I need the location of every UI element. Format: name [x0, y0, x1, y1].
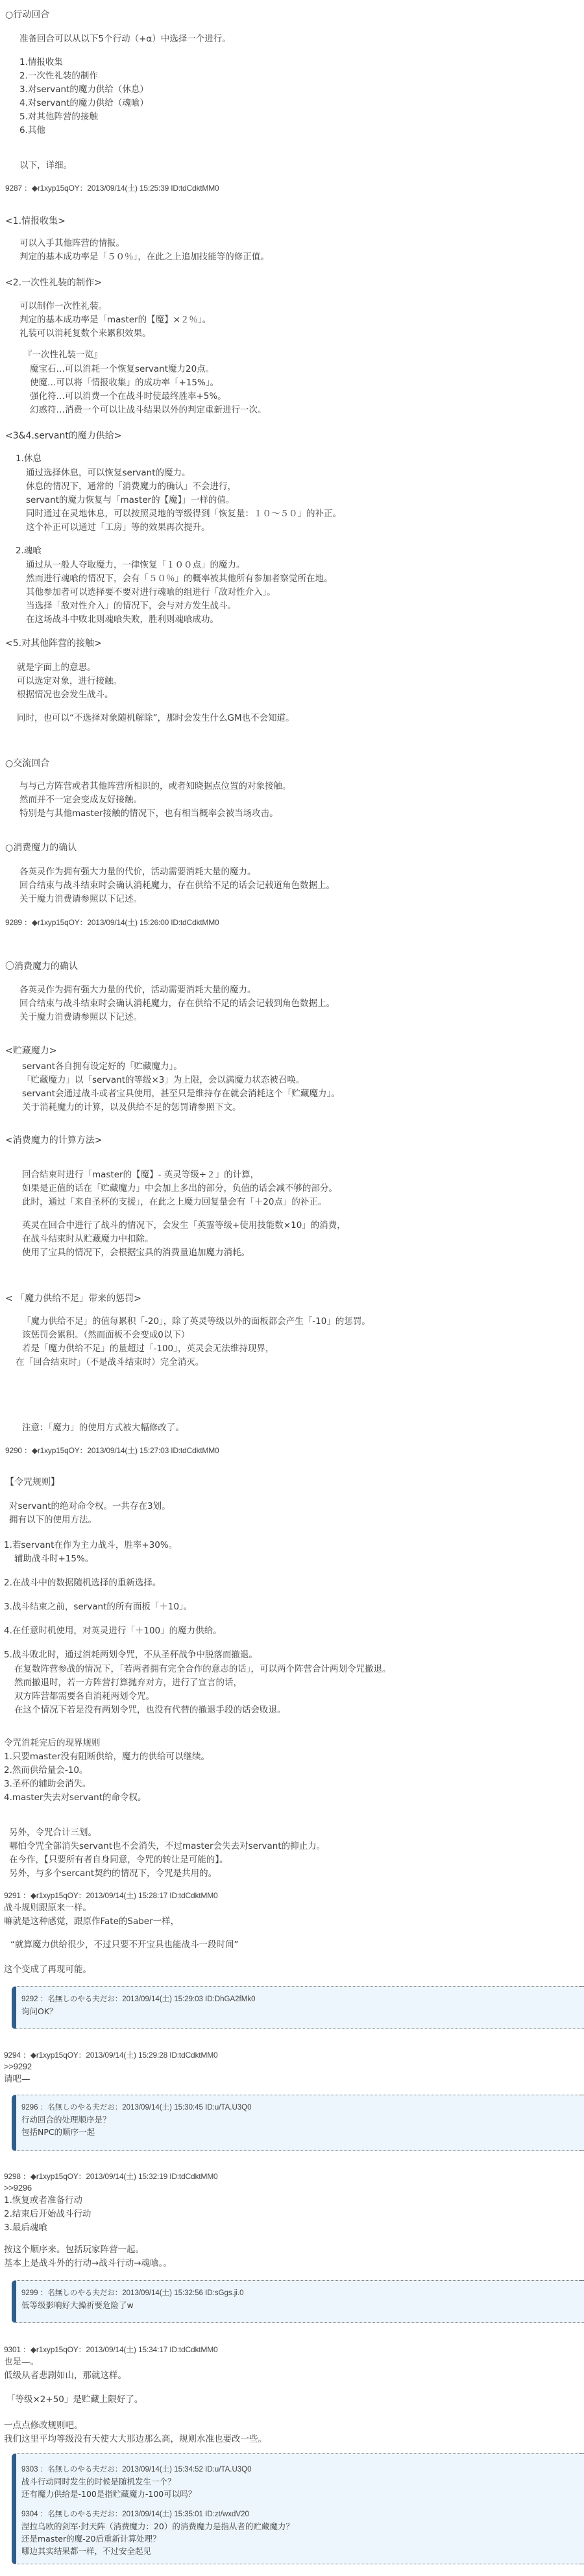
text-line: 嘛就是这种感觉，跟原作Fate的Saber一样，: [4, 1915, 584, 1929]
text-line: 哪边其实结果都一样，不过安全起见: [21, 2545, 294, 2557]
text-line: 休息的情况下，通常的「消费魔力的确认」不会进行，: [26, 480, 584, 494]
list-item: 魔宝石…可以消耗一个恢复servant魔力20点。: [30, 363, 584, 376]
list-item: 3.最后魂喰: [4, 2221, 584, 2235]
note: 注意：「魔力」的使用方式被大幅修改了。: [22, 1421, 584, 1435]
action-list: 1.情报收集 2.一次性礼装的制作 3.对servant的魔力供给（休息） 4.…: [19, 56, 584, 138]
text-line: 特别是与其他master接触的情况下，也有相当概率会被当场攻击。: [19, 807, 584, 821]
paragraph: 按这个顺序来。包括玩家阵营一起。 基本上是战斗外的行动→战斗行动→魂喰。。: [4, 2243, 584, 2270]
text-line: 就是字面上的意思。: [17, 661, 584, 675]
post: 9301 ：◆r1xyp15qOY：2013/09/14(土) 15:34:17…: [4, 2344, 584, 2383]
post-meta: 9292 ：名無しのやる夫だお：2013/09/14(土) 15:29:03 I…: [21, 1994, 255, 2005]
list-item: 1.恢复或者准备行动: [4, 2194, 584, 2208]
subheading: 1.休息: [16, 452, 584, 466]
section-heading: 〇消费魔力的确认: [5, 959, 584, 974]
paragraph: servant各自拥有设定好的「贮藏魔力」。 「贮藏魔力」以「servant的等…: [22, 1060, 584, 1114]
paragraph: 通过选择休息，可以恢复servant的魔力。 休息的情况下，通常的「消费魔力的确…: [26, 466, 584, 535]
rule-1: 1.若servant在作为主力战斗，胜率+30%。 辅助战斗时+15%。: [4, 1539, 584, 1566]
post-meta: 9290 ：◆r1xyp15qOY：2013/09/14(土) 15:27:03…: [5, 1445, 584, 1456]
list-item: 1.只要master没有阻断供给，魔力的供给可以继续。: [4, 1750, 584, 1764]
paragraph: 以下，详细。: [19, 159, 584, 173]
paragraph: 准备回合可以从以下5个行动（+α）中选择一个进行。: [19, 32, 584, 46]
reply-anchor-link[interactable]: >>9292: [4, 2061, 584, 2073]
text-line: 在「回合结束时」（不是战斗结束时）完全消灭。: [16, 1356, 584, 1369]
paragraph: 英灵在回合中进行了战斗的情况下，会发生「英霊等级+使用技能数×10」的消费， 在…: [22, 1219, 584, 1260]
paragraph: 与与己方阵营或者其他阵营所相识的，或者知晓据点位置的对象接触。 然而并不一定会变…: [19, 780, 584, 821]
text-line: 双方阵营都需要各自消耗两划令咒。: [14, 1690, 584, 1703]
text-line: 按这个顺序来。包括玩家阵营一起。: [4, 2243, 584, 2257]
paragraph: 对servant的绝对命令权。一共存在3划。 拥有以下的使用方法。: [9, 1500, 584, 1527]
text-line: 通过选择休息，可以恢复servant的魔力。: [26, 466, 584, 480]
section-heading: <3&4.servant的魔力供给>: [5, 429, 584, 443]
text-line: 关于消耗魔力的计算，以及供给不足的惩罚请参照下文。: [22, 1101, 584, 1114]
text-line: 低级从者悲剧如山，那就这样。: [4, 2369, 584, 2383]
rule-2: 2.在战斗中的数据随机选择的重新选择。: [4, 1576, 584, 1590]
paragraph: 各英灵作为拥有强大力量的代价，活动需要消耗大量的魔力。 回合结束与战斗结束时会确…: [19, 865, 584, 906]
post-meta: 9299 ：名無しのやる夫だお：2013/09/14(土) 15:32:56 I…: [21, 2288, 244, 2299]
list-item: 2.结束后开始战斗行动: [4, 2208, 584, 2221]
text-line: servant的魔力恢复与「master的【魔】」一样的值。: [26, 494, 584, 507]
reply-quote-box: 9303 ：名無しのやる夫だお：2013/09/14(土) 15:34:52 I…: [12, 2453, 584, 2564]
text-line: 还是master的魔-20后重新计算处理？: [21, 2533, 294, 2545]
text-line: 关于魔力消费请参照以下记述。: [19, 893, 584, 906]
post-meta: 9296 ：名無しのやる夫だお：2013/09/14(土) 15:30:45 I…: [21, 2102, 252, 2113]
text-line: 辅助战斗时+15%。: [4, 1552, 584, 1566]
text-line: 可以选定对象，进行接触。: [17, 675, 584, 688]
text-line: 英灵在回合中进行了战斗的情况下，会发生「英霊等级+使用技能数×10」的消费，: [22, 1219, 584, 1233]
section-heading: <5.对其他阵营的接触>: [5, 636, 584, 651]
quoted-line: “就算魔力供给很少，不过只要不开宝具也能战斗一段时间”: [10, 1938, 584, 1952]
reply-quote-box: 9299 ：名無しのやる夫だお：2013/09/14(土) 15:32:56 I…: [12, 2280, 584, 2323]
item-list: 魔宝石…可以消耗一个恢复servant魔力20点。 使魔…可以将「情报收集」的成…: [30, 363, 584, 417]
text-line: 然而撤退时，若一方阵营打算抛弃对方，进行了宣言的话，: [14, 1676, 584, 1690]
text-line: 请吧—: [4, 2073, 584, 2086]
section-heading: <消费魔力的计算方法>: [5, 1133, 584, 1148]
text-line: 我们这里平均等级没有天使大大那边那么高，规则水准也要改一些。: [4, 2433, 584, 2446]
text-line: 行动回合的处理顺序是？: [21, 2113, 252, 2126]
text-line: 该惩罚会累积。（然而面板不会变成0以下）: [22, 1329, 584, 1342]
post: 9298 ：◆r1xyp15qOY：2013/09/14(土) 15:32:19…: [4, 2171, 584, 2235]
text-line: 回合结束时进行「master的【魔】- 英灵等级÷２」的计算，: [22, 1168, 584, 1182]
text-line: 还有魔力供给是-100是指贮藏魔力-100可以吗？: [21, 2488, 294, 2500]
text-line: 对servant的绝对命令权。一共存在3划。: [9, 1500, 584, 1513]
text-line: 在今作，【只要所有者自身同意，令咒的转让是可能的】。: [9, 1853, 584, 1867]
section-heading: ○交流回合: [5, 756, 584, 771]
text-line: 关于魔力消费请参照以下记述。: [19, 1011, 584, 1024]
text-line: 在这场战斗中败北则魂喰失败，胜利则魂喰成功。: [26, 613, 584, 627]
paragraph: 通过从一般人夺取魔力，一律恢复「１００点」的魔力。 然而进行魂喰的情况下，会有「…: [26, 559, 584, 627]
paragraph: 同时，也可以“不选择对象随机解除”，那时会发生什么GM也不会知道。: [17, 712, 584, 725]
text-line: servant各自拥有设定好的「贮藏魔力」。: [22, 1060, 584, 1074]
paragraph: 可以制作一次性礼装。 判定的基本成功率是「master的【魔】×２％」。 礼装可…: [19, 300, 584, 341]
list-item: 6.其他: [19, 124, 584, 138]
paragraph: 「魔力供给不足」的值每累积「-20」，除了英灵等级以外的面板都会产生「-10」的…: [22, 1315, 584, 1356]
list-item: 4.master失去对servant的命令权。: [4, 1791, 584, 1805]
text-line: 战斗行动同时发生的时候是随机发生一个？: [21, 2475, 294, 2488]
section-heading: 【令咒规则】: [5, 1475, 584, 1489]
text-line: 另外，与多个sercant契约的情况下，令咒是共用的。: [9, 1867, 584, 1881]
text-line: 可以制作一次性礼装。: [19, 300, 584, 313]
post-meta: 9294 ：◆r1xyp15qOY：2013/09/14(土) 15:29:28…: [4, 2049, 584, 2061]
post-meta: 9303 ：名無しのやる夫だお：2013/09/14(土) 15:34:52 I…: [21, 2464, 294, 2475]
paragraph: 就是字面上的意思。 可以选定对象，进行接触。 根据情况也会发生战斗。: [17, 661, 584, 702]
text-line: 这个变成了再现可能。: [4, 1963, 584, 1977]
text-line: 基本上是战斗外的行动→战斗行动→魂喰。。: [4, 2257, 584, 2270]
text-line: 回合结束与战斗结束时会确认消耗魔力，存在供给不足的话会记载到角色数据上。: [19, 997, 584, 1011]
post-meta: 9291 ：◆r1xyp15qOY：2013/09/14(土) 15:28:17…: [4, 1890, 584, 1901]
list-item: 4.对servant的魔力供给（魂喰）: [19, 97, 584, 110]
paragraph: 各英灵作为拥有强大力量的代价，活动需要消耗大量的魔力。 回合结束与战斗结束时会确…: [19, 983, 584, 1024]
post-meta: 9289 ：◆r1xyp15qOY：2013/09/14(土) 15:26:00…: [5, 917, 584, 928]
list-item: 1.情报收集: [19, 56, 584, 69]
section-heading: <贮藏魔力>: [5, 1044, 584, 1058]
text-line: 另外，令咒合计三划。: [9, 1826, 584, 1840]
list-item: 2.一次性礼装的制作: [19, 69, 584, 83]
paragraph: 另外，令咒合计三划。 哪怕令咒全部消失servant也不会消失，不过master…: [9, 1826, 584, 1881]
reply-quote-box: 9296 ：名無しのやる夫だお：2013/09/14(土) 15:30:45 I…: [12, 2095, 584, 2151]
paragraph: 战斗规则跟原来一样。 嘛就是这种感觉，跟原作Fate的Saber一样，: [4, 1901, 584, 1929]
post-meta: 9301 ：◆r1xyp15qOY：2013/09/14(土) 15:34:17…: [4, 2344, 584, 2355]
section-heading: ○消费魔力的确认: [5, 841, 584, 855]
reply-anchor-link[interactable]: >>9296: [4, 2182, 584, 2194]
text-line: 哪怕令咒全部消失servant也不会消失，不过master会失去对servant…: [9, 1840, 584, 1853]
text-line: 判定的基本成功率是「５０％」，在此之上追加技能等的修正值。: [19, 250, 584, 264]
paragraph: 一点点修改规则吧。 我们这里平均等级没有天使大大那边那么高，规则水准也要改一些。: [4, 2419, 584, 2446]
section-heading: < 「魔力供给不足」带来的惩罚>: [5, 1292, 584, 1306]
text-line: 「贮藏魔力」以「servant的等级×3」为上限，会以满魔力状态被召唤。: [22, 1074, 584, 1087]
text-line: 1.若servant在作为主力战斗，胜率+30%。: [4, 1539, 584, 1552]
list-item: 3.圣杯的辅助会消失。: [4, 1777, 584, 1791]
text-line: 各英灵作为拥有强大力量的代价，活动需要消耗大量的魔力。: [19, 983, 584, 997]
text-line: 拥有以下的使用方法。: [9, 1513, 584, 1527]
section-heading-action-round: ○行动回合: [5, 8, 584, 22]
post-meta: 9298 ：◆r1xyp15qOY：2013/09/14(土) 15:32:19…: [4, 2171, 584, 2182]
subheading: 令咒消耗完后的现界规则: [4, 1737, 584, 1750]
text-line: 通过从一般人夺取魔力，一律恢复「１００点」的魔力。: [26, 559, 584, 572]
text-line: 低等级影响好大操祈要危险了w: [21, 2299, 244, 2311]
after-rules: 令咒消耗完后的现界规则 1.只要master没有阻断供给，魔力的供给可以继续。 …: [4, 1737, 584, 1805]
list-item: 5.对其他阵营的接触: [19, 110, 584, 124]
text-line: 然而进行魂喰的情况下，会有「５０％」的概率被其他所有参加者察觉所在地。: [26, 572, 584, 586]
list-item: 幻惑符…消费一个可以让战斗结果以外的判定重新进行一次。: [30, 403, 584, 417]
text-line: 根据情况也会发生战斗。: [17, 688, 584, 702]
list-item: 3.对servant的魔力供给（休息）: [19, 83, 584, 97]
text-line: 其他参加者可以选择要不要对进行魂喰的组进行「敌对性介入」。: [26, 586, 584, 599]
text-line: 与与己方阵营或者其他阵营所相识的，或者知晓据点位置的对象接触。: [19, 780, 584, 793]
text-line: servant会通过战斗或者宝具使用，甚至只是维持存在就会消耗这个「贮藏魔力」。: [22, 1087, 584, 1101]
text-line: 若是「魔力供给不足」的量超过「-100」，英灵会无法维持现界，: [22, 1342, 584, 1356]
rule-5: 5.战斗败北时，通过消耗两划令咒，不从圣杯战争中脱落而撤退。: [4, 1648, 584, 1662]
list-item: 强化符…可以消费一个在战斗时使最终胜率+5%。: [30, 390, 584, 403]
text-line: 各英灵作为拥有强大力量的代价，活动需要消耗大量的魔力。: [19, 865, 584, 879]
text-line: 询问OK？: [21, 2005, 255, 2017]
text-line: 一点点修改规则吧。: [4, 2419, 584, 2433]
text-line: 在这个情况下若是没有两划令咒，也没有代替的撤退手段的话会败退。: [14, 1703, 584, 1717]
text-line: 「等级×2+50」是贮藏上限好了。: [6, 2393, 584, 2407]
post-meta: 9287 ：◆r1xyp15qOY：2013/09/14(土) 15:25:39…: [5, 182, 584, 194]
text-line: 判定的基本成功率是「master的【魔】×２％」。: [19, 313, 584, 327]
text-line: 战斗规则跟原来一样。: [4, 1901, 584, 1915]
text-line: 礼装可以消耗复数个来累积效果。: [19, 327, 584, 341]
text-line: 在战斗结束时从贮藏魔力中扣除。: [22, 1233, 584, 1246]
text-line: 这个补正可以通过「工房」等的效果再次提升。: [26, 521, 584, 535]
text-line: 也是—。: [4, 2355, 584, 2369]
text-line: 如果是正值的话在「贮藏魔力」中会加上多出的部分，负值的话会减不够的部分。: [22, 1182, 584, 1196]
text-line: 「魔力供给不足」的值每累积「-20」，除了英灵等级以外的面板都会产生「-10」的…: [22, 1315, 584, 1329]
rule-4: 4.在任意时机使用，对英灵进行「＋100」的魔力供给。: [4, 1624, 584, 1638]
text-line: 然而并不一定会变成友好接触。: [19, 793, 584, 807]
subheading: 2.魂喰: [16, 544, 584, 558]
text-line: 同时通过在灵地休息，可以按照灵地的等级得到「恢复量：１０～５０」的补正。: [26, 507, 584, 521]
paragraph: 回合结束时进行「master的【魔】- 英灵等级÷２」的计算， 如果是正值的话在…: [22, 1168, 584, 1209]
text-line: 回合结束与战斗结束时会确认消耗魔力，存在供给不足的话会记载道角色数据上。: [19, 879, 584, 893]
text-line: 在复数阵营参战的情况下，「若两者拥有完全合作的意志的话」，可以两个阵营合计两划令…: [14, 1663, 584, 1676]
section-heading: <1.情报收集>: [5, 214, 584, 228]
text-line: 使用了宝具的情况下，会根据宝具的消费量追加魔力消耗。: [22, 1246, 584, 1260]
list-item: 使魔…可以将「情报收集」的成功率「+15%」。: [30, 376, 584, 390]
post: 9294 ：◆r1xyp15qOY：2013/09/14(土) 15:29:28…: [4, 2049, 584, 2086]
list-title: 『一次性礼装一览』: [23, 348, 584, 362]
paragraph: 可以入手其他阵营的情报。 判定的基本成功率是「５０％」，在此之上追加技能等的修正…: [19, 237, 584, 264]
text-line: 此时，通过「来自圣杯的支援」，在此之上魔力回复量会有「＋20点」的补正。: [22, 1196, 584, 1209]
post-meta: 9304 ：名無しのやる夫だお：2013/09/14(土) 15:35:01 I…: [21, 2509, 294, 2520]
list-item: 2.然而供给量会-10。: [4, 1764, 584, 1777]
text-line: 涅拉乌欧的剑军·封天阵（消费魔力：20）的消费魔力是指从者的贮藏魔力？: [21, 2520, 294, 2533]
text-line: 当选择「敌对性介入」的情况下，会与对方发生战斗。: [26, 599, 584, 613]
text-line: 包括NPC的顺序一起: [21, 2126, 252, 2138]
section-heading: <2.一次性礼装的制作>: [5, 276, 584, 290]
text-line: 可以入手其他阵营的情报。: [19, 237, 584, 250]
rule-3: 3.战斗结束之前，servant的所有面板「＋10」。: [4, 1600, 584, 1614]
paragraph: 在复数阵营参战的情况下，「若两者拥有完全合作的意志的话」，可以两个阵营合计两划令…: [14, 1663, 584, 1717]
reply-quote-box: 9292 ：名無しのやる夫だお：2013/09/14(土) 15:29:03 I…: [12, 1986, 584, 2029]
